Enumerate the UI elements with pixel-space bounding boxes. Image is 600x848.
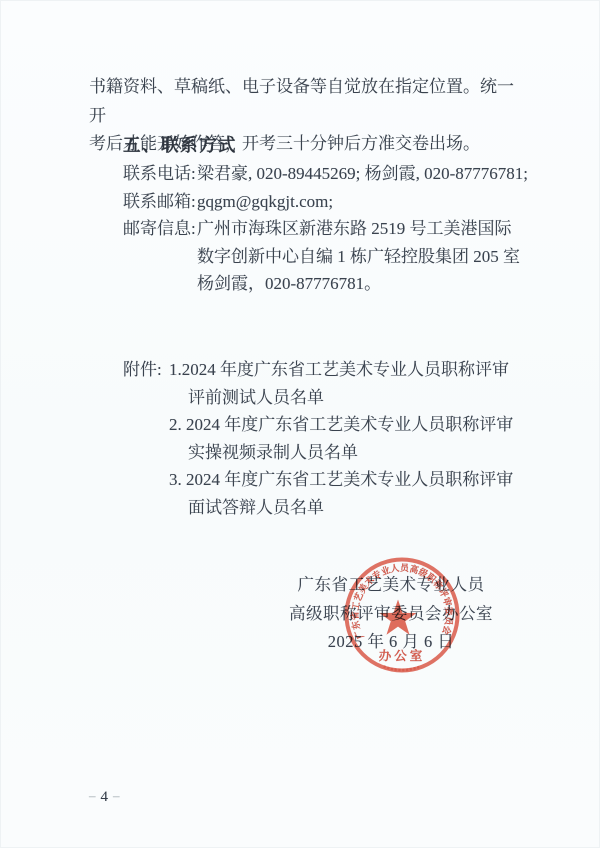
attachment-item: 1.2024 年度广东省工艺美术专业人员职称评审 评前测试人员名单 — [169, 356, 513, 411]
attachment-title-line: 实操视频录制人员名单 — [169, 439, 513, 467]
contact-email-row: 联系邮箱: gqgm@gqkgjt.com; — [123, 188, 563, 216]
page-number: 4 — [101, 789, 109, 805]
mail-address-line: 广州市海珠区新港东路 2519 号工美港国际 — [197, 215, 563, 243]
contact-section: 联系电话: 梁君豪, 020-89445269; 杨剑霞, 020-877767… — [123, 160, 563, 298]
footer-dash: – — [113, 788, 120, 803]
body-line: 书籍资料、草稿纸、电子设备等自觉放在指定位置。统一开 — [89, 73, 525, 130]
official-seal-stamp: 广东省工艺美术专业人员高级职称评审委员会 办公室 — [340, 553, 464, 677]
attachment-title-line: 面试答辩人员名单 — [169, 494, 513, 522]
mail-label: 邮寄信息: — [123, 215, 197, 298]
star-icon — [380, 600, 417, 635]
mail-address-line: 杨剑霞，020-87776781。 — [197, 270, 563, 298]
phone-value: 梁君豪, 020-89445269; 杨剑霞, 020-87776781; — [197, 160, 563, 188]
contact-phone-row: 联系电话: 梁君豪, 020-89445269; 杨剑霞, 020-877767… — [123, 160, 563, 188]
scanned-document-page: 书籍资料、草稿纸、电子设备等自觉放在指定位置。统一开 考后才能开始作答，开考三十… — [0, 0, 600, 848]
phone-label: 联系电话: — [123, 160, 197, 188]
section-heading: 五、联系方式 — [123, 137, 237, 155]
footer-dash: – — [89, 788, 96, 803]
mail-address-line: 数字创新中心自编 1 栋广轻控股集团 205 室 — [197, 243, 563, 271]
seal-office-text: 办公室 — [379, 648, 426, 663]
page-footer: –4– — [89, 788, 120, 806]
attachment-title-line: 3. 2024 年度广东省工艺美术专业人员职称评审 — [169, 466, 513, 494]
attachment-title-line: 2. 2024 年度广东省工艺美术专业人员职称评审 — [169, 411, 513, 439]
attachment-item: 2. 2024 年度广东省工艺美术专业人员职称评审 实操视频录制人员名单 — [169, 411, 513, 466]
attachment-item: 3. 2024 年度广东省工艺美术专业人员职称评审 面试答辩人员名单 — [169, 466, 513, 521]
mail-address: 广州市海珠区新港东路 2519 号工美港国际 数字创新中心自编 1 栋广轻控股集… — [197, 215, 563, 298]
email-label: 联系邮箱: — [123, 188, 197, 216]
attachment-title-line: 1.2024 年度广东省工艺美术专业人员职称评审 — [169, 356, 513, 384]
attachments-section: 附件: 1.2024 年度广东省工艺美术专业人员职称评审 评前测试人员名单 2.… — [123, 356, 553, 521]
attachment-title-line: 评前测试人员名单 — [169, 384, 513, 412]
contact-mail-row: 邮寄信息: 广州市海珠区新港东路 2519 号工美港国际 数字创新中心自编 1 … — [123, 215, 563, 298]
attachments-label: 附件: — [123, 356, 169, 521]
email-value: gqgm@gqkgjt.com; — [197, 188, 563, 216]
attachments-list: 1.2024 年度广东省工艺美术专业人员职称评审 评前测试人员名单 2. 202… — [169, 356, 513, 521]
